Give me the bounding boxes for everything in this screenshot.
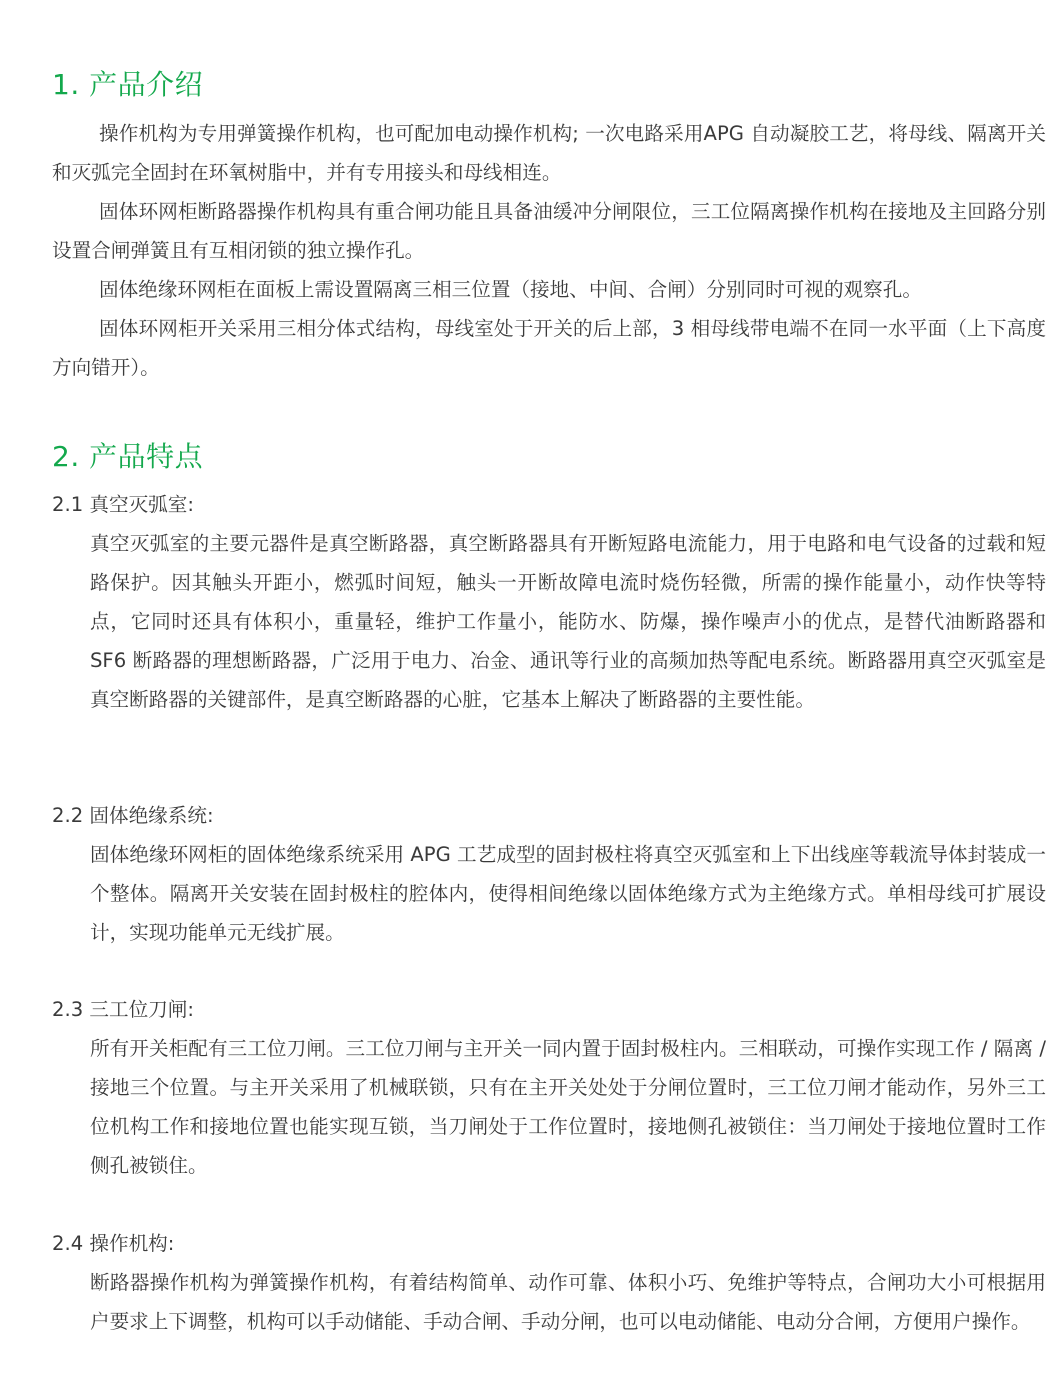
intro-paragraph-2: 固体环网柜断路器操作机构具有重合闸功能且具备油缓冲分闸限位，三工位隔离操作机构在… — [52, 192, 1046, 270]
feature-title-operating-mechanism: 2.4 操作机构: — [52, 1224, 174, 1263]
feature-body-operating-mechanism: 断路器操作机构为弹簧操作机构，有着结构简单、动作可靠、体积小巧、免维护等特点，合… — [90, 1263, 1046, 1341]
feature-title-vacuum-interrupter: 2.1 真空灭弧室: — [52, 485, 194, 524]
intro-paragraph-1: 操作机构为专用弹簧操作机构，也可配加电动操作机构; 一次电路采用APG 自动凝胶… — [52, 114, 1046, 192]
feature-title-solid-insulation: 2.2 固体绝缘系统: — [52, 796, 214, 835]
feature-body-solid-insulation: 固体绝缘环网柜的固体绝缘系统采用 APG 工艺成型的固封极柱将真空灭弧室和上下出… — [90, 835, 1046, 952]
feature-body-three-position-switch: 所有开关柜配有三工位刀闸。三工位刀闸与主开关一同内置于固封极柱内。三相联动，可操… — [90, 1029, 1046, 1185]
feature-body-vacuum-interrupter: 真空灭弧室的主要元器件是真空断路器，真空断路器具有开断短路电流能力，用于电路和电… — [90, 524, 1046, 719]
feature-title-three-position-switch: 2.3 三工位刀闸: — [52, 990, 194, 1029]
document-page: 1. 产品介绍 操作机构为专用弹簧操作机构，也可配加电动操作机构; 一次电路采用… — [0, 0, 1056, 1376]
section-heading-intro: 1. 产品介绍 — [52, 68, 203, 102]
intro-paragraph-3: 固体绝缘环网柜在面板上需设置隔离三相三位置（接地、中间、合闸）分别同时可视的观察… — [52, 270, 1046, 309]
section-heading-features: 2. 产品特点 — [52, 440, 203, 474]
intro-paragraph-4: 固体环网柜开关采用三相分体式结构，母线室处于开关的后上部，3 相母线带电端不在同… — [52, 309, 1046, 387]
